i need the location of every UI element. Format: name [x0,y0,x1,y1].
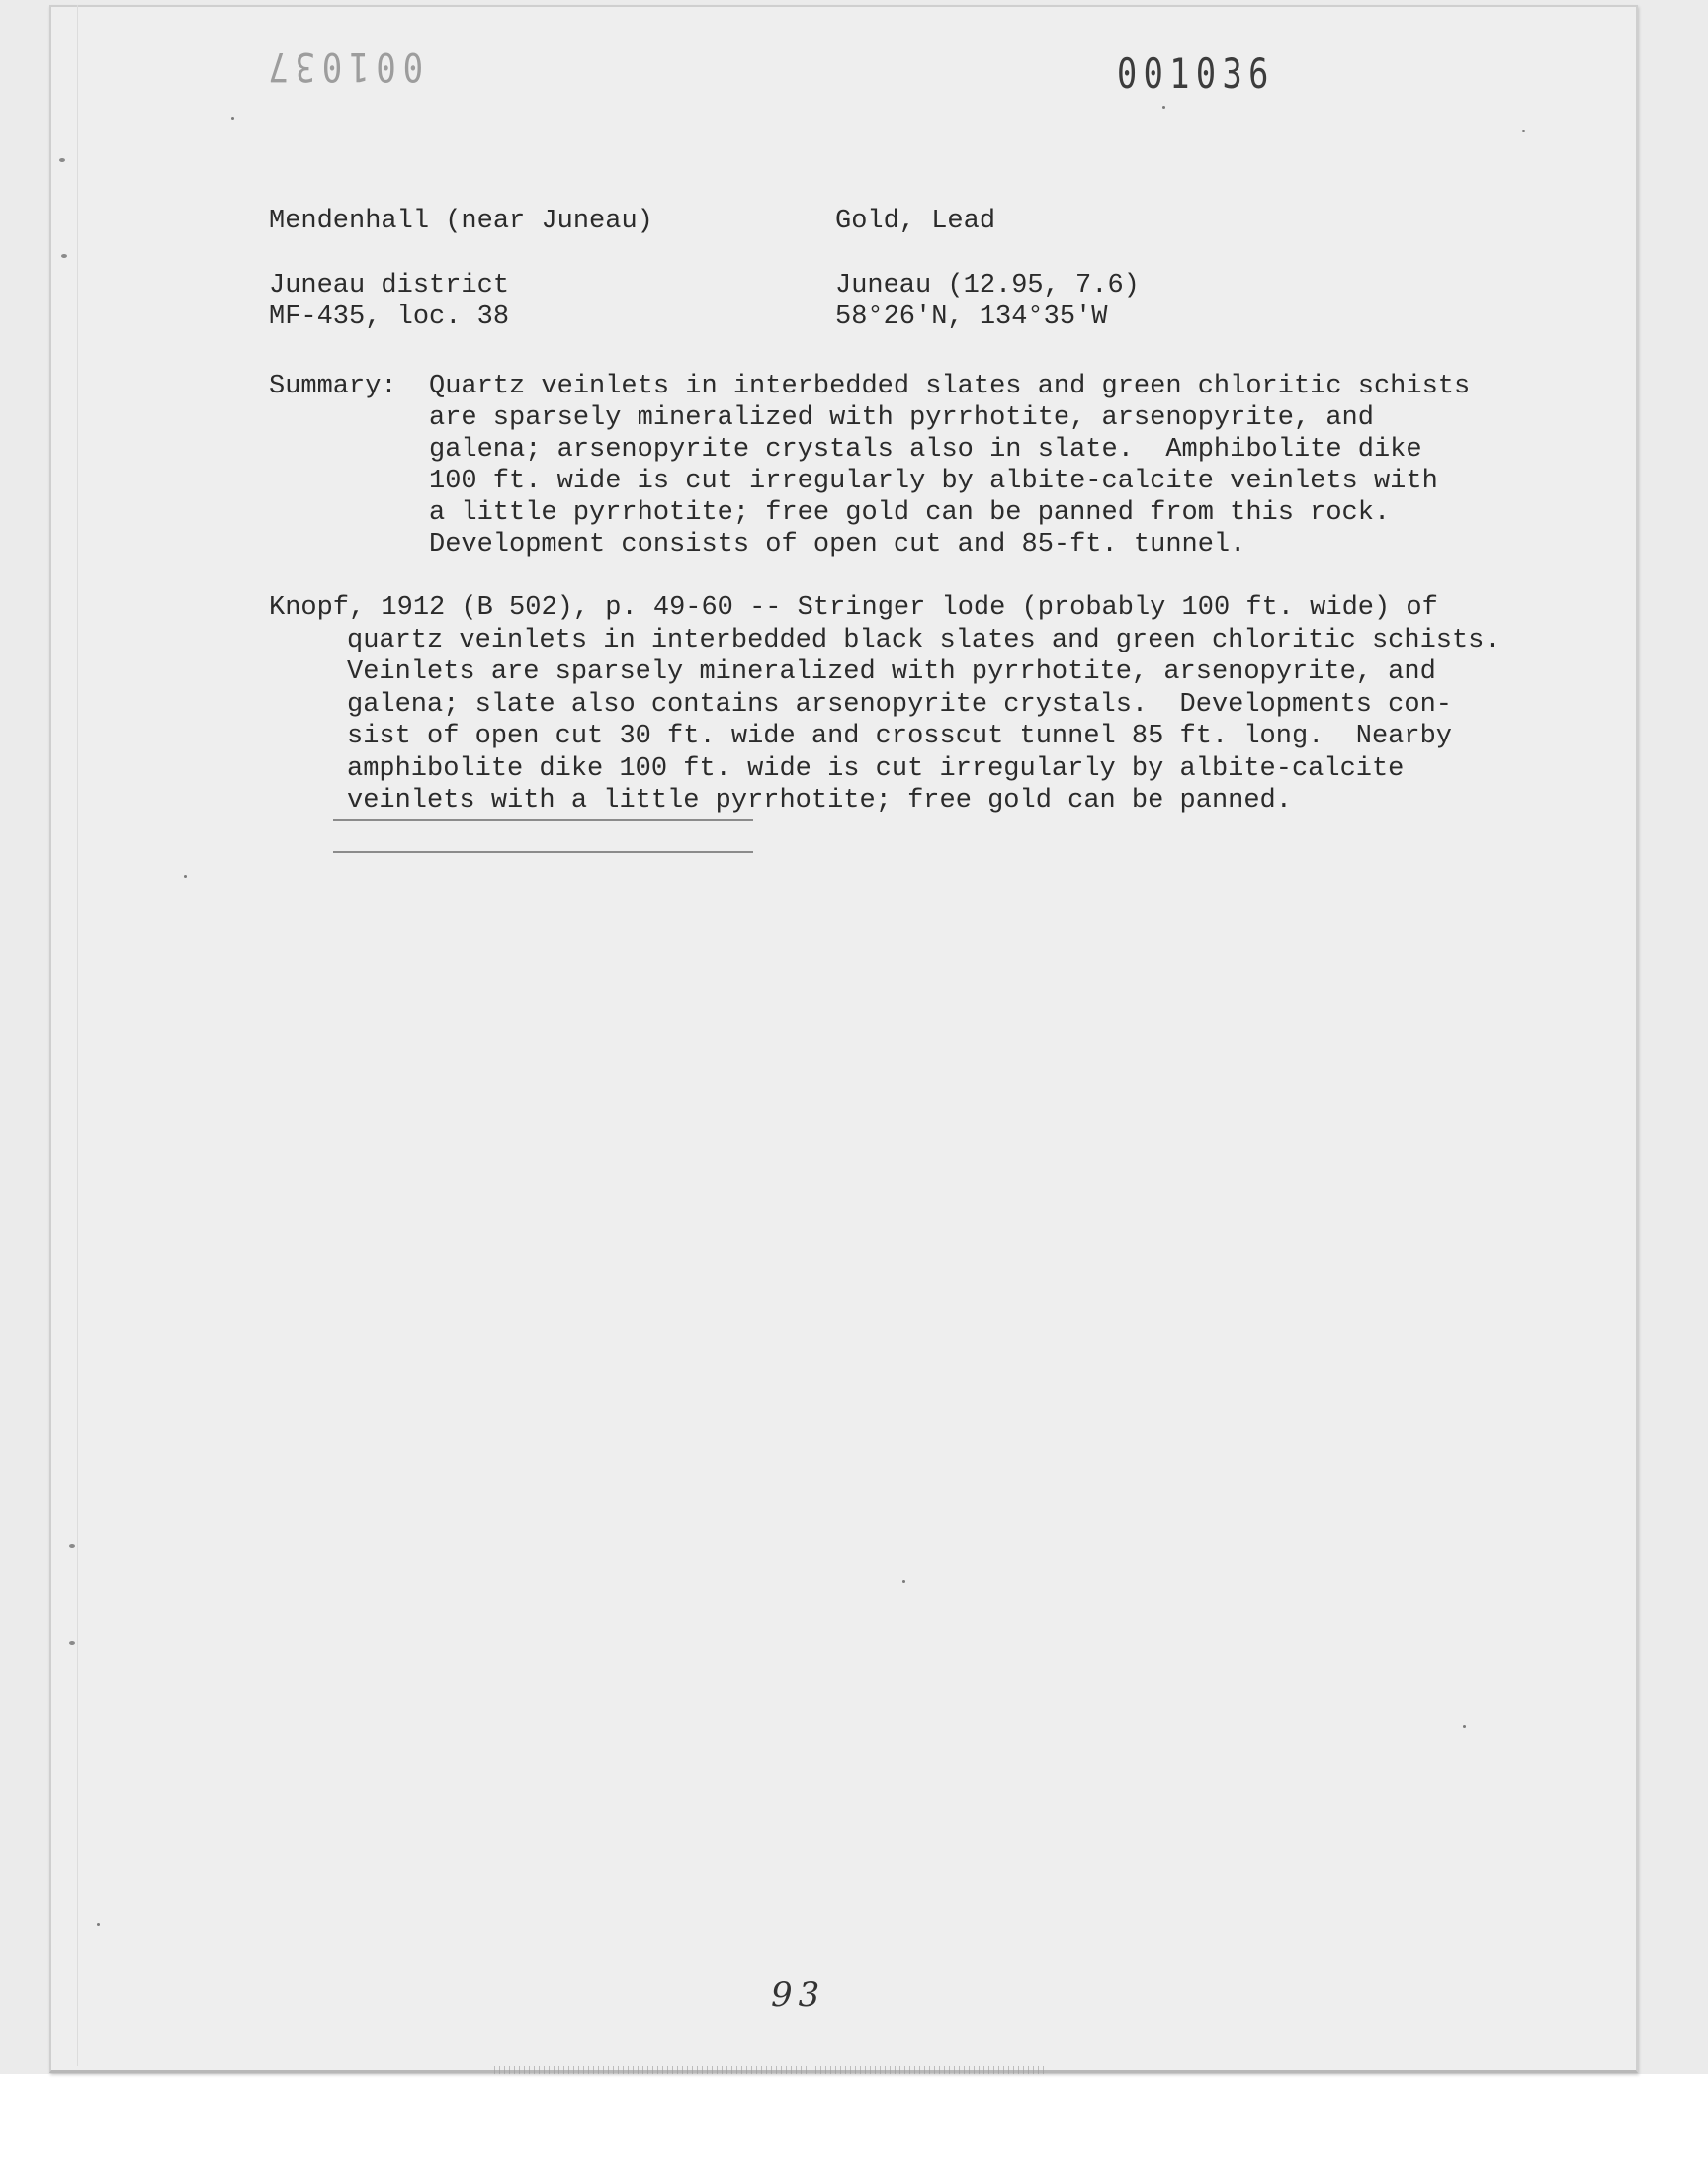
page-fold-edge [77,5,78,2066]
summary-line: a little pyrrhotite; free gold can be pa… [429,497,1390,529]
district-name: Juneau district [269,270,509,302]
binding-hole-mark [69,1641,75,1645]
scan-speck [1162,106,1165,109]
scan-speck [97,1923,100,1926]
map-reference: MF-435, loc. 38 [269,302,509,333]
separator-rule [333,851,753,853]
scanner-streak [494,2066,1048,2074]
summary-label: Summary: [269,371,397,402]
commodities: Gold, Lead [835,206,995,237]
scan-speck [231,117,234,120]
binding-hole-mark [69,1544,75,1548]
reference-line: amphibolite dike 100 ft. wide is cut irr… [347,753,1404,785]
summary-line: are sparsely mineralized with pyrrhotite… [429,402,1374,434]
scan-speck [1522,130,1525,132]
summary-line: galena; arsenopyrite crystals also in sl… [429,434,1422,466]
separator-rule [333,819,753,821]
scan-speck [1463,1725,1466,1728]
reference-line: veinlets with a little pyrrhotite; free … [347,785,1292,817]
document-number-stamp: 001036 [1117,49,1275,98]
bleed-through-stamp-number: 001037 [261,43,423,89]
binding-hole-mark [61,254,67,258]
scan-speck [902,1580,905,1583]
summary-line: 100 ft. wide is cut irregularly by albit… [429,466,1438,497]
summary-line: Quartz veinlets in interbedded slates an… [429,371,1470,402]
reference-line: galena; slate also contains arsenopyrite… [347,689,1452,721]
locality-name: Mendenhall (near Juneau) [269,206,653,237]
coordinates: 58°26'N, 134°35'W [835,302,1107,333]
binding-hole-mark [59,158,65,162]
reference-line: quartz veinlets in interbedded black sla… [347,625,1500,656]
scan-speck [184,875,187,878]
reference-line: sist of open cut 30 ft. wide and crosscu… [347,721,1452,752]
reference-citation-line: Knopf, 1912 (B 502), p. 49-60 -- Stringe… [269,592,1438,624]
summary-line: Development consists of open cut and 85-… [429,529,1245,561]
quadrangle: Juneau (12.95, 7.6) [835,270,1140,302]
reference-line: Veinlets are sparsely mineralized with p… [347,656,1436,688]
handwritten-page-number: 93 [771,1975,825,2015]
